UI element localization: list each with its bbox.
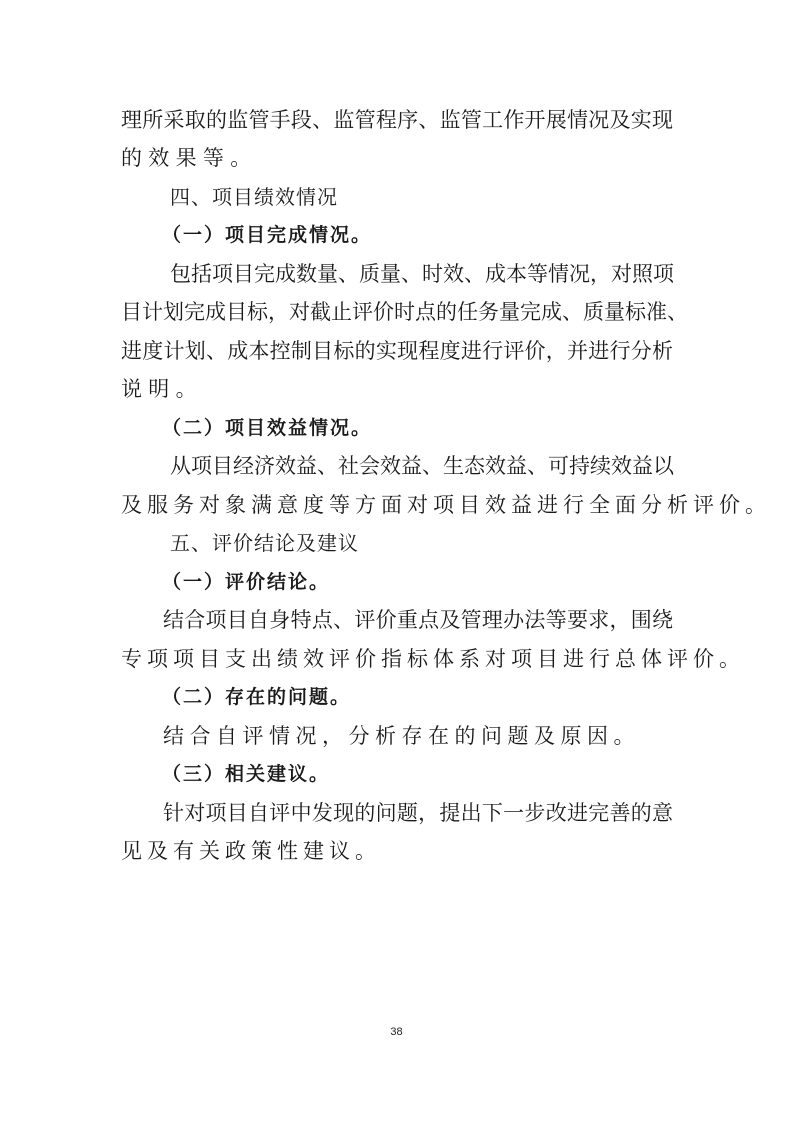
paragraph-line: 专项项目支出绩效评价指标体系对项目进行总体评价。 — [121, 645, 673, 673]
subsection-heading-suggestions: （三）相关建议。 — [162, 760, 714, 788]
subsection-heading-completion: （一）项目完成情况。 — [162, 221, 714, 249]
paragraph-line: 进度计划、成本控制目标的实现程度进行评价，并进行分析 — [121, 337, 673, 365]
subsection-heading-conclusion: （一）评价结论。 — [162, 568, 714, 596]
paragraph-line: 见及有关政策性建议。 — [121, 837, 673, 865]
paragraph-line: 包括项目完成数量、质量、时效、成本等情况，对照项 — [170, 260, 673, 288]
section-heading-4: 四、项目绩效情况 — [170, 183, 722, 211]
paragraph-line: 结合项目自身特点、评价重点及管理办法等要求，围绕 — [163, 606, 673, 634]
paragraph-line: 从项目经济效益、社会效益、生态效益、可持续效益以 — [170, 452, 673, 480]
page-number: 38 — [0, 1026, 793, 1038]
paragraph-line: 针对项目自评中发现的问题，提出下一步改进完善的意 — [163, 799, 673, 827]
subsection-heading-problems: （二）存在的问题。 — [162, 683, 714, 711]
paragraph-line: 结合自评情况，分析存在的问题及原因。 — [163, 722, 715, 750]
document-page: 理所采取的监管手段、监管程序、监管工作开展情况及实现 的效果等。 四、项目绩效情… — [0, 0, 793, 1122]
paragraph-line: 目计划完成目标，对截止评价时点的任务量完成、质量标准、 — [121, 298, 673, 326]
paragraph-line: 的效果等。 — [121, 144, 673, 172]
subsection-heading-benefit: （二）项目效益情况。 — [162, 414, 714, 442]
paragraph-line: 及服务对象满意度等方面对项目效益进行全面分析评价。 — [121, 491, 673, 519]
section-heading-5: 五、评价结论及建议 — [170, 529, 722, 557]
paragraph-line: 理所采取的监管手段、监管程序、监管工作开展情况及实现 — [121, 106, 673, 134]
paragraph-line: 说明。 — [121, 375, 673, 403]
